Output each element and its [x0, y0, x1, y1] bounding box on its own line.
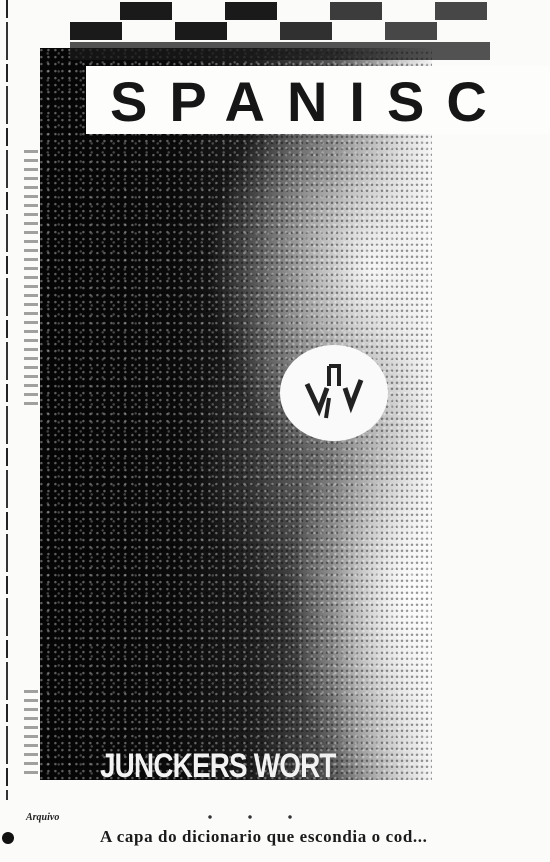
- bullet-icon: [2, 832, 14, 844]
- adjacent-column-text: [24, 150, 38, 410]
- column-rule: [6, 0, 8, 800]
- photo-credit: Arquivo: [26, 812, 59, 823]
- vw-emblem-icon: [280, 345, 388, 441]
- newspaper-clipping: SPANISC JUNCKERS WORT Arquivo A capa do …: [0, 0, 550, 862]
- separator-dots: [190, 815, 320, 819]
- checkered-band: [70, 2, 490, 62]
- cover-title: SPANISC: [110, 72, 509, 132]
- photo-fade: [470, 60, 550, 700]
- cover-brand: JUNCKERS WORT: [100, 746, 336, 786]
- adjacent-column-text-lower: [24, 690, 38, 780]
- photo-caption: A capa do dicionario que escondia o cod.…: [100, 827, 427, 847]
